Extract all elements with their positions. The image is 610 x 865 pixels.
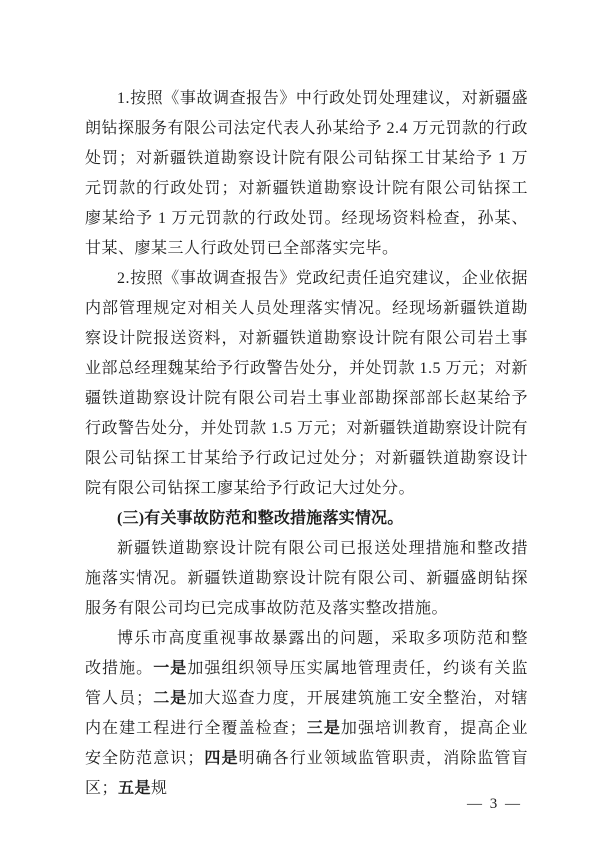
emphasis-text: (三)有关事故防范和整改措施落实情况。 — [117, 510, 403, 527]
body-text: 新疆铁道勘察设计院有限公司已报送处理措施和整改措施落实情况。新疆铁道勘察设计院有… — [85, 540, 528, 617]
emphasis-text: 五是 — [118, 780, 151, 797]
section-heading: (三)有关事故防范和整改措施落实情况。 — [85, 504, 528, 534]
emphasis-text: 三是 — [306, 720, 341, 737]
page-number: — 3 — — [467, 796, 522, 813]
body-text: 1.按照《事故调查报告》中行政处罚处理建议，对新疆盛朗钻探服务有限公司法定代表人… — [85, 90, 528, 257]
emphasis-text: 一是 — [153, 660, 187, 677]
body-text: 规 — [151, 780, 168, 797]
paragraph: 2.按照《事故调查报告》党政纪责任追究建议，企业依据内部管理规定对相关人员处理落… — [85, 264, 528, 504]
paragraph: 新疆铁道勘察设计院有限公司已报送处理措施和整改措施落实情况。新疆铁道勘察设计院有… — [85, 534, 528, 624]
emphasis-text: 二是 — [153, 690, 188, 707]
body-text: 2.按照《事故调查报告》党政纪责任追究建议，企业依据内部管理规定对相关人员处理落… — [85, 270, 528, 497]
document-page: 1.按照《事故调查报告》中行政处罚处理建议，对新疆盛朗钻探服务有限公司法定代表人… — [0, 0, 610, 865]
paragraph: 博乐市高度重视事故暴露出的问题，采取多项防范和整改措施。一是加强组织领导压实属地… — [85, 624, 528, 804]
emphasis-text: 四是 — [204, 750, 239, 767]
paragraph: 1.按照《事故调查报告》中行政处罚处理建议，对新疆盛朗钻探服务有限公司法定代表人… — [85, 84, 528, 264]
document-body: 1.按照《事故调查报告》中行政处罚处理建议，对新疆盛朗钻探服务有限公司法定代表人… — [85, 84, 528, 804]
